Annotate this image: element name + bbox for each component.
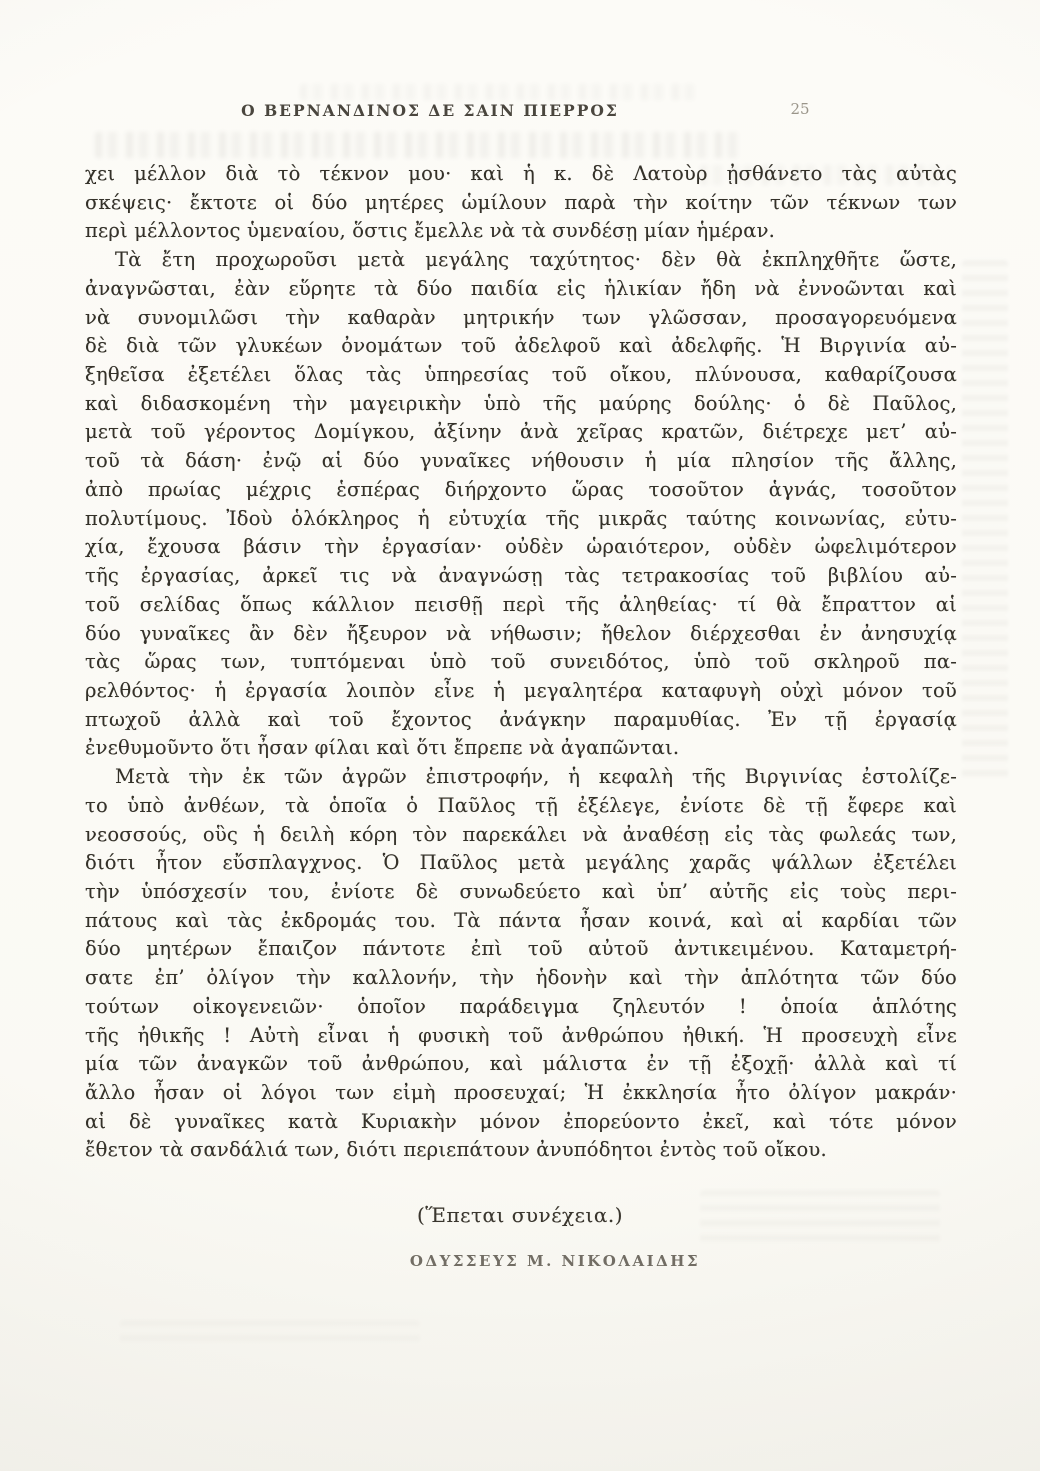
- text-line: το ὑπὸ ἀνθέων, τὰ ὁποῖα ὁ Παῦλος τῇ ἐξέλ…: [85, 792, 957, 821]
- text-line: τοῦ τὰ δάση· ἐνῷ αἱ δύο γυναῖκες νήθουσι…: [85, 447, 957, 476]
- text-line: νεοσσούς, οὓς ἡ δειλὴ κόρη τὸν παρεκάλει…: [85, 821, 957, 850]
- text-line: τῆς ἠθικῆς ! Αὐτὴ εἶναι ἡ φυσικὴ τοῦ ἀνθ…: [85, 1022, 957, 1051]
- text-line: ἔθετον τὰ σανδάλιά των, διότι περιεπάτου…: [85, 1136, 957, 1165]
- text-line: ξηθεῖσα ἐξετέλει ὅλας τὰς ὑπηρεσίας τοῦ …: [85, 361, 957, 390]
- text-line: σατε ἐπ’ ὀλίγον τὴν καλλονήν, τὴν ἡδονὴν…: [85, 964, 957, 993]
- text-line: Μετὰ τὴν ἐκ τῶν ἀγρῶν ἐπιστροφήν, ἡ κεφα…: [85, 763, 957, 792]
- text-line: χία, ἔχουσα βάσιν τὴν ἐργασίαν· οὐδὲν ὡρ…: [85, 533, 957, 562]
- text-line: νὰ συνομιλῶσι τὴν καθαρὰν μητρικήν των γ…: [85, 304, 957, 333]
- text-line: μία τῶν ἀναγκῶν τοῦ ἀνθρώπου, καὶ μάλιστ…: [85, 1050, 957, 1079]
- bleed-through-smudge: [95, 132, 745, 158]
- author-signature: ΟΔΥΣΣΕΥΣ Μ. ΝΙΚΟΛΑΙΔΗΣ: [75, 1252, 1035, 1270]
- continuation-note: (Ἕπεται συνέχεια.): [0, 1203, 1040, 1227]
- text-line: τῆς ἐργασίας, ἀρκεῖ τις νὰ ἀναγνώσῃ τὰς …: [85, 562, 957, 591]
- text-line: καὶ διδασκομένη τὴν μαγειρικὴν ὑπὸ τῆς μ…: [85, 390, 957, 419]
- text-line: δύο γυναῖκες ἂν δὲν ἤξευρον νὰ νήθωσιν; …: [85, 620, 957, 649]
- margin-noise: [962, 260, 1008, 780]
- text-line: σκέψεις· ἔκτοτε οἱ δύο μητέρες ὡμίλουν π…: [85, 189, 957, 218]
- text-line: μετὰ τοῦ γέροντος Δομίγκου, ἀξίνην ἀνὰ χ…: [85, 418, 957, 447]
- running-title: Ο ΒΕΡΝΑΝΔΙΝΟΣ ΔΕ ΣΑΙΝ ΠΙΕΡΡΟΣ: [85, 101, 775, 120]
- text-line: δὲ διὰ τῶν γλυκέων ὀνομάτων τοῦ ἀδελφοῦ …: [85, 332, 957, 361]
- text-line: ἀναγνῶσται, ἐὰν εὕρητε τὰ δύο παιδία εἰς…: [85, 275, 957, 304]
- text-line: ἄλλο ἦσαν οἱ λόγοι των εἰμὴ προσευχαί; Ἡ…: [85, 1079, 957, 1108]
- text-line: πτωχοῦ ἀλλὰ καὶ τοῦ ἔχοντος ἀνάγκην παρα…: [85, 706, 957, 735]
- text-line: ρελθόντος· ἡ ἐργασία λοιπὸν εἶνε ἡ μεγαλ…: [85, 677, 957, 706]
- text-line: Τὰ ἔτη προχωροῦσι μετὰ μεγάλης ταχύτητος…: [85, 246, 957, 275]
- text-line: δύο μητέρων ἔπαιζον πάντοτε ἐπὶ τοῦ αὐτο…: [85, 935, 957, 964]
- margin-noise: [120, 1320, 420, 1350]
- text-line: ἐνεθυμοῦντο ὅτι ἦσαν φίλαι καὶ ὅτι ἔπρεπ…: [85, 734, 957, 763]
- text-line: αἱ δὲ γυναῖκες κατὰ Κυριακὴν μόνον ἐπορε…: [85, 1108, 957, 1137]
- text-line: τὰς ὥρας των, τυπτόμεναι ὑπὸ τοῦ συνειδό…: [85, 648, 957, 677]
- scanned-book-page: Ο ΒΕΡΝΑΝΔΙΝΟΣ ΔΕ ΣΑΙΝ ΠΙΕΡΡΟΣ 25 χει μέλ…: [0, 0, 1040, 1471]
- text-line: περὶ μέλλοντος ὑμεναίου, ὅστις ἔμελλε νὰ…: [85, 217, 957, 246]
- body-text: χει μέλλον διὰ τὸ τέκνον μου· καὶ ἡ κ. δ…: [85, 160, 957, 1165]
- bleed-through-smudge: [300, 84, 700, 100]
- text-line: πολυτίμους. Ἰδοὺ ὁλόκληρος ἡ εὐτυχία τῆς…: [85, 505, 957, 534]
- text-line: πάτους καὶ τὰς ἐκδρομάς του. Τὰ πάντα ἦσ…: [85, 907, 957, 936]
- text-line: χει μέλλον διὰ τὸ τέκνον μου· καὶ ἡ κ. δ…: [85, 160, 957, 189]
- page-number: 25: [770, 100, 830, 118]
- text-line: τούτων οἰκογενειῶν· ὁποῖον παράδειγμα ζη…: [85, 993, 957, 1022]
- text-line: τοῦ σελίδας ὅπως κάλλιον πεισθῇ περὶ τῆς…: [85, 591, 957, 620]
- text-line: διότι ἦτον εὔσπλαγχνος. Ὁ Παῦλος μετὰ με…: [85, 849, 957, 878]
- text-line: τὴν ὑπόσχεσίν του, ἐνίοτε δὲ συνωδεύετο …: [85, 878, 957, 907]
- text-line: ἀπὸ πρωίας μέχρις ἑσπέρας διήρχοντο ὥρας…: [85, 476, 957, 505]
